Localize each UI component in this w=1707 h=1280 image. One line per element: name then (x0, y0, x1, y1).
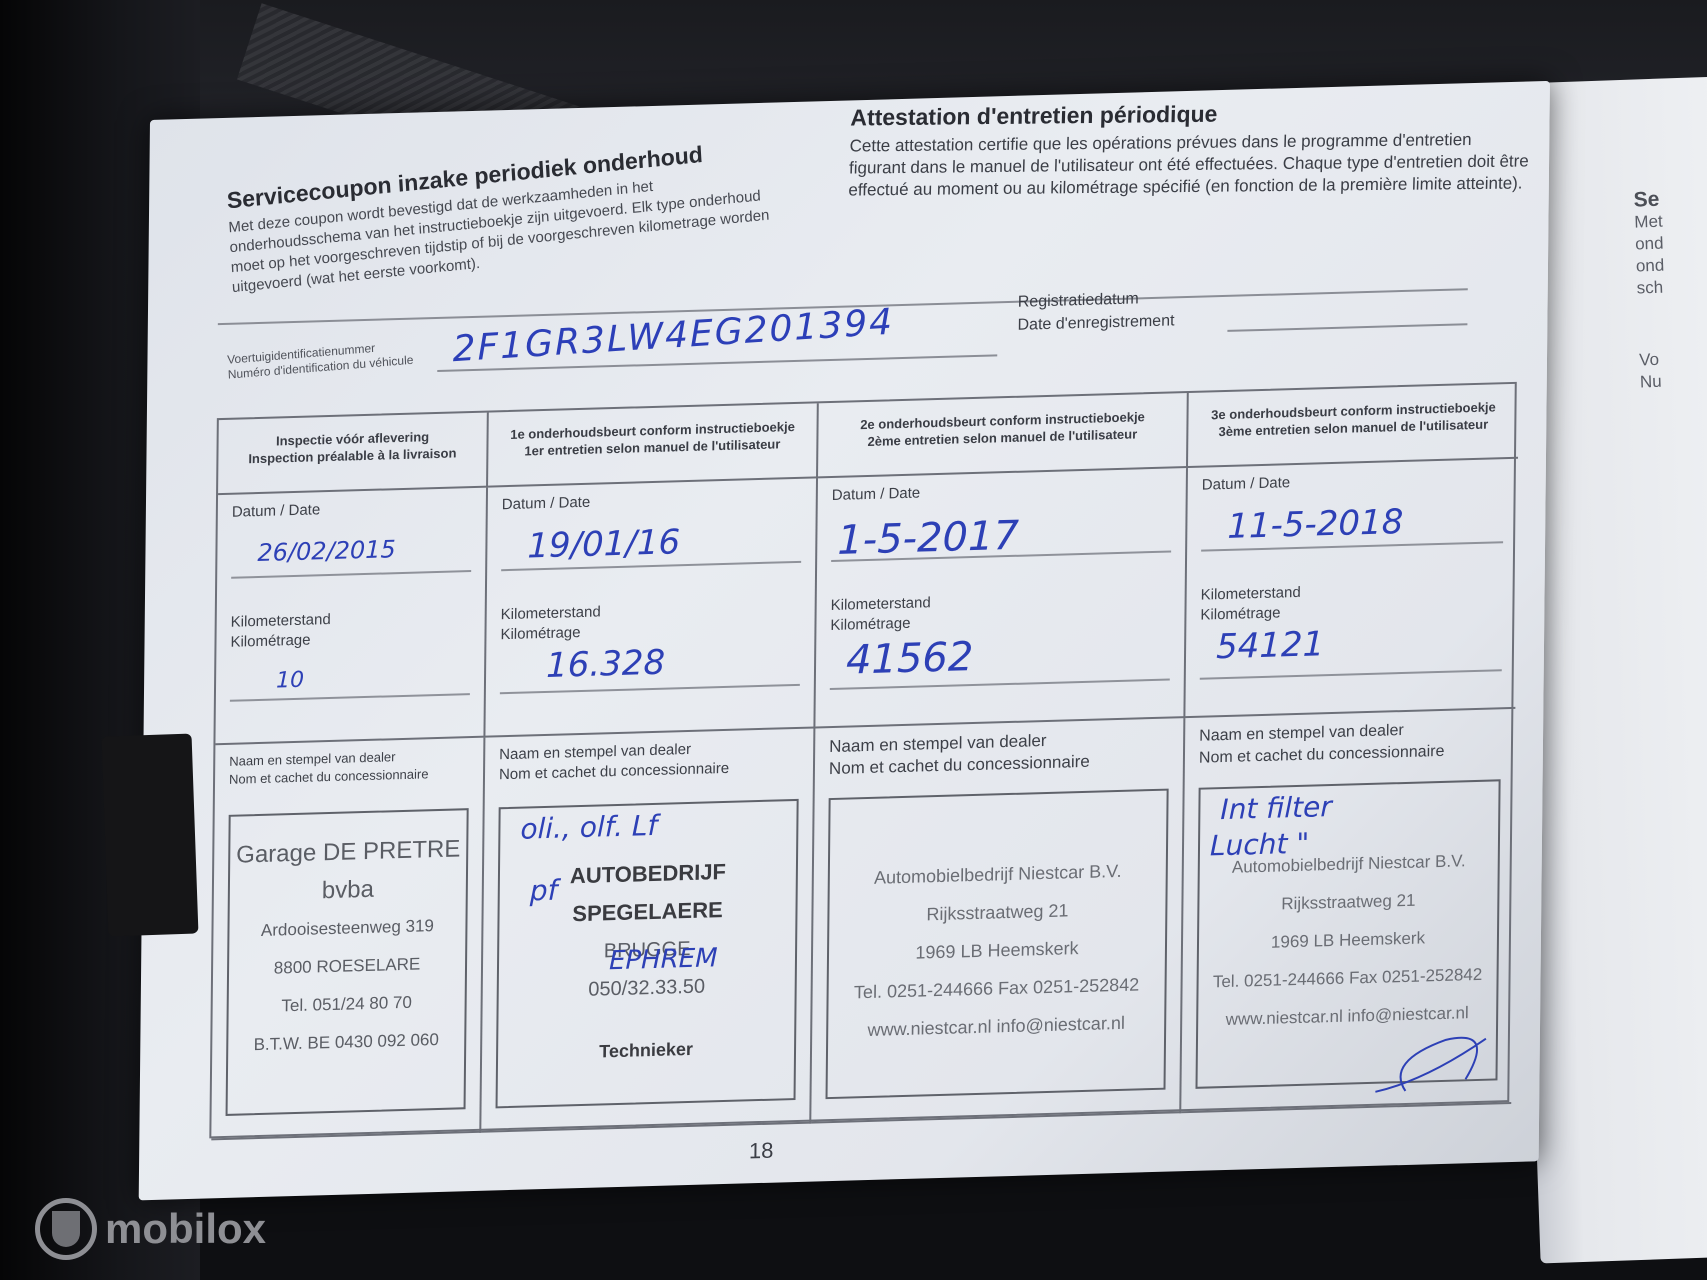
km-line (1200, 669, 1502, 679)
watermark: mobilox (35, 1198, 266, 1260)
entry-service-2: Datum / Date 1-5-2017 Kilometerstand Kil… (815, 468, 1188, 728)
km-value: 10 (276, 668, 304, 694)
book-clip (102, 733, 199, 936)
fr-header: Attestation d'entretien périodique Cette… (848, 97, 1530, 201)
date-value: 11-5-2018 (1227, 502, 1403, 547)
vin-label: Voertuigidentificatienummer Numéro d'ide… (227, 338, 414, 383)
entry-predelivery: Datum / Date 26/02/2015 Kilometerstand K… (215, 488, 488, 746)
date-line (231, 570, 471, 579)
entry-service-3: Datum / Date 11-5-2018 Kilometerstand Ki… (1185, 459, 1518, 718)
fr-title: Attestation d'entretien périodique (850, 97, 1530, 131)
dealer-stamp: Automobielbedrijf Niestcar B.V. Rijksstr… (826, 789, 1169, 1100)
registration-label: Registratiedatum Date d'enregistrement (1017, 286, 1174, 336)
entry-service-1: Datum / Date 19/01/16 Kilometerstand Kil… (485, 478, 818, 737)
dealer-stamp: Int filter Lucht " Automobielbedrijf Nie… (1195, 779, 1500, 1089)
dealer-stamp: oli., olf. Lf AUTOBEDRIJF SPEGELAERE BRU… (496, 799, 799, 1108)
nl-header: Servicecoupon inzake periodiek onderhoud… (226, 133, 792, 298)
dealer-stamp: Garage DE PRETRE bvba Ardooisesteenweg 3… (226, 808, 469, 1116)
km-value: 41562 (846, 634, 974, 684)
date-value: 26/02/2015 (257, 535, 396, 567)
dealer-predelivery: Naam en stempel van dealer Nom et cachet… (211, 738, 485, 1141)
km-value: 16.328 (546, 643, 665, 686)
column-header-service-1: 1e onderhoudsbeurt conform instructieboe… (488, 403, 819, 487)
km-value: 54121 (1216, 624, 1325, 667)
column-header-predelivery: Inspectie vóór aflevering Inspection pré… (218, 413, 489, 496)
km-label: Kilometerstand Kilométrage (1200, 583, 1300, 626)
km-label: Kilometerstand Kilométrage (830, 593, 930, 636)
date-value: 19/01/16 (527, 522, 680, 566)
next-page-peek: Se Met ond ond sch Vo Nu (1633, 189, 1668, 394)
dealer-service-1: Naam en stempel van dealer Nom et cachet… (481, 728, 815, 1132)
km-line (500, 684, 800, 694)
maintenance-table: Inspectie vóór aflevering Inspection pré… (209, 382, 1516, 1139)
page-number: 18 (749, 1138, 774, 1165)
signature-icon (1365, 998, 1506, 1102)
dealer-service-2: Naam en stempel van dealer Nom et cachet… (811, 718, 1185, 1123)
km-line (230, 693, 470, 702)
registration-line (1227, 323, 1467, 332)
watermark-brand: mobilox (105, 1205, 266, 1253)
column-header-service-3: 3e onderhoudsbeurt conform instructieboe… (1188, 384, 1519, 468)
fr-body: Cette attestation certifie que les opéra… (848, 128, 1530, 201)
dealer-service-3: Naam en stempel van dealer Nom et cachet… (1181, 709, 1515, 1113)
service-book-page: Servicecoupon inzake periodiek onderhoud… (139, 81, 1550, 1200)
km-label: Kilometerstand Kilométrage (230, 610, 330, 653)
column-header-service-2: 2e onderhoudsbeurt conform instructieboe… (818, 393, 1189, 478)
km-label: Kilometerstand Kilométrage (500, 602, 600, 645)
mobilox-logo-icon (35, 1198, 97, 1260)
